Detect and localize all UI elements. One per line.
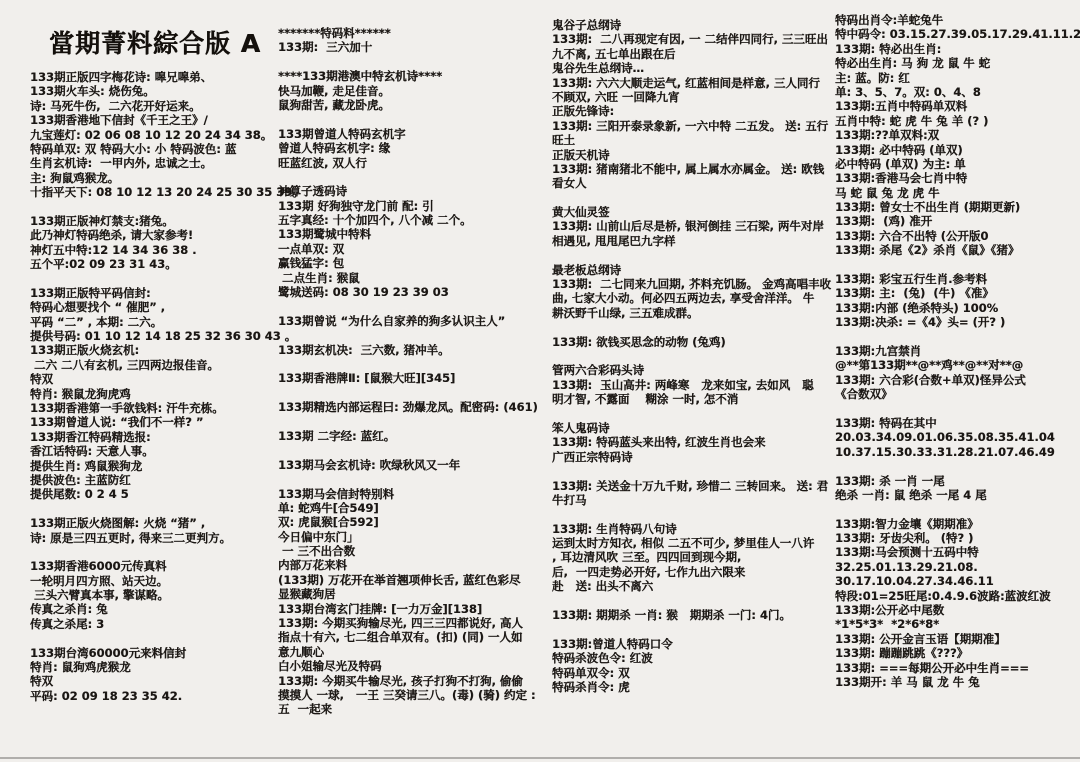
text-line	[278, 443, 550, 457]
text-line	[278, 328, 550, 342]
text-line: 内部万花来料	[278, 558, 550, 572]
text-line: 133期: 杀 一肖 一尾	[835, 474, 1079, 488]
text-line: 特码杀肖令: 虎	[552, 680, 838, 694]
text-line: ****133期港澳中特玄机诗****	[278, 69, 550, 83]
text-line: 133期马会信封特别料	[278, 487, 550, 501]
text-line: 133期: (鸡) 准开	[835, 214, 1079, 228]
text-line: 133期正版火烧图解: 火烧 “猪” ,	[30, 516, 280, 530]
text-line: 五字真经: 十个加四个, 八个减 二个。	[278, 213, 550, 227]
text-line: 133期开: 羊 马 鼠 龙 牛 兔	[835, 675, 1079, 689]
text-line: 看女人	[552, 176, 838, 190]
text-line: 主: 蓝。防: 红	[835, 71, 1079, 85]
text-line: 133期香江特码精选报:	[30, 430, 280, 444]
text-line: 鬼谷先生总纲诗…	[552, 61, 838, 75]
text-line	[30, 545, 280, 559]
text-line: 133期:九宫禁肖	[835, 344, 1079, 358]
text-line: 133期: 生肖特码八句诗	[552, 522, 838, 536]
text-line: 五个平:02 09 23 31 43。	[30, 257, 280, 271]
text-line: 133期: 二七同来九回期, 芥料充饥肠。 金鸡高唱丰收	[552, 277, 838, 291]
text-line: 黄大仙灵签	[552, 205, 838, 219]
text-line: 今日偏中东门」	[278, 530, 550, 544]
text-line: 快马加鞭, 走足佳音。	[278, 84, 550, 98]
text-line: 提供生肖: 鸡鼠猴狗龙	[30, 459, 280, 473]
text-line: 十指平天下: 08 10 12 13 20 24 25 30 35 39。	[30, 185, 280, 199]
text-line: 133期: 今期买狗输尽光, 四三三四都说好, 高人	[278, 616, 550, 630]
text-line: 133期马会玄机诗: 吹绿秋风又一年	[278, 458, 550, 472]
text-line	[30, 200, 280, 214]
text-line: 神灯五中特:12 14 34 36 38 .	[30, 243, 280, 257]
text-line: 提供波色: 主蓝防红	[30, 473, 280, 487]
text-line: 133期:五肖中特码单双料	[835, 99, 1079, 113]
text-line: 133期正版特平码信封:	[30, 286, 280, 300]
text-line: 特码心想要找个 “ 催肥” ,	[30, 300, 280, 314]
text-line	[278, 472, 550, 486]
text-line: 133期:决杀: =《4》头= (开? )	[835, 315, 1079, 329]
text-line: 牛打马	[552, 493, 838, 507]
text-line: 旺蓝红波, 双人行	[278, 156, 550, 170]
text-line: 运到太时方知衣, 相似 二五不可少, 梦里佳人一八许	[552, 536, 838, 550]
text-line: 笨人鬼码诗	[552, 421, 838, 435]
text-line: 133期: 今期买牛输尽光, 孩子打狗不打狗, 偷偷	[278, 674, 550, 688]
text-line: 133期台湾60000元来料信封	[30, 646, 280, 660]
text-line	[278, 415, 550, 429]
text-line: 133期香港地下信封《千王之王》/	[30, 113, 280, 127]
text-line	[552, 407, 838, 421]
text-line: 133期曾道人说: “我们不一样? ”	[30, 415, 280, 429]
text-line	[552, 248, 838, 262]
text-line: 双: 虎鼠猴[合592]	[278, 515, 550, 529]
text-line: (133期) 万花开在举首翘项伸长舌, 蓝红色彩尽	[278, 573, 550, 587]
text-line: 神算子透码诗	[278, 184, 550, 198]
text-line: 一 三不出合数	[278, 544, 550, 558]
column-3: 鬼谷子总纲诗133期: 二八再现定有因, 一 二结伴四同行, 三三旺出九不离, …	[552, 18, 838, 694]
text-line: 鹭城送码: 08 30 19 23 39 03	[278, 285, 550, 299]
text-line	[835, 258, 1079, 272]
text-line: 特中码令: 03.15.27.39.05.17.29.41.11.23.35.4…	[835, 27, 1079, 41]
text-line	[552, 594, 838, 608]
text-line: 133期: 期期杀 一肖: 猴 期期杀 一门: 4门。	[552, 608, 838, 622]
text-line: 一点单双: 双	[278, 242, 550, 256]
text-line: 绝杀 一肖: 鼠 绝杀 一尾 4 尾	[835, 488, 1079, 502]
text-line: 特码出肖令:羊蛇兔牛	[835, 13, 1079, 27]
text-line: 特码杀波色令: 红波	[552, 651, 838, 665]
text-line: 显猴藏狗居	[278, 587, 550, 601]
text-line	[278, 357, 550, 371]
text-line: 133期: 六六大顺走运气, 红蓝相间是样意, 三人同行	[552, 76, 838, 90]
text-line: 九不离, 五七单出跟在后	[552, 47, 838, 61]
text-line: 诗: 马死牛伤, 二六花开好运来。	[30, 99, 280, 113]
text-line: 生肖玄机诗: 一甲内外, 忠诚之士。	[30, 156, 280, 170]
text-line: 133期:公开必中尾数	[835, 603, 1079, 617]
text-line: 133期: 六合彩(合数+单双)怪异公式	[835, 373, 1079, 387]
text-line: 诗: 原是三四五更时, 得来三二更判方。	[30, 531, 280, 545]
text-line: 133期正版火烧玄机:	[30, 343, 280, 357]
text-line: 133期:马会预测十五码中特	[835, 545, 1079, 559]
text-line: 133期精选内部运程曰: 劲爆龙凤。配密码: (461)	[278, 400, 550, 414]
text-line	[30, 631, 280, 645]
text-line: 正版天机诗	[552, 148, 838, 162]
text-line: 特肖: 鼠狗鸡虎猴龙	[30, 660, 280, 674]
text-line: 广西正宗特码诗	[552, 450, 838, 464]
text-line: 管两六合彩码头诗	[552, 363, 838, 377]
text-line: 平码 “二” , 本期: 二六。	[30, 315, 280, 329]
text-line: 三头六臂真本事, 擎谋略。	[30, 588, 280, 602]
text-line	[835, 330, 1079, 344]
text-line: 133期:香港马会七肖中特	[835, 171, 1079, 185]
text-line: 32.25.01.13.29.21.08.	[835, 560, 1079, 574]
text-line: 133期: 主: (兔) (牛) 《准》	[835, 286, 1079, 300]
text-line: 马 蛇 鼠 兔 龙 虎 牛	[835, 186, 1079, 200]
text-line	[278, 112, 550, 126]
text-line	[835, 402, 1079, 416]
text-line: 133期: 曾女士不出生肖 (期期更新)	[835, 200, 1079, 214]
text-line: 133期: 三阳开泰录象新, 一六中特 二五发。 送: 五行	[552, 119, 838, 133]
text-line: *******特码料******	[278, 26, 550, 40]
text-line: 特码单双: 双 特码大小: 小 特码波色: 蓝	[30, 142, 280, 156]
text-line: @**第133期**@**鸡**@**对**@	[835, 358, 1079, 372]
text-line: 《合数双》	[835, 387, 1079, 401]
column-2: *******特码料******133期: 三六加十****133期港澳中特玄机…	[278, 26, 550, 717]
text-line	[552, 464, 838, 478]
text-line: 133期香港第一手欲钱料: 汗牛充栋。	[30, 401, 280, 415]
page-title: 當期菁料綜合版 A	[30, 24, 280, 60]
text-line: 133期: 杀尾《2》杀肖《鼠》《猪》	[835, 243, 1079, 257]
text-line: 133期: 山前山后尽是桥, 银河倒挂 三石梁, 两牛对岸	[552, 219, 838, 233]
text-line: 133期香港6000元传真料	[30, 559, 280, 573]
column-4: 特码出肖令:羊蛇兔牛特中码令: 03.15.27.39.05.17.29.41.…	[835, 13, 1079, 689]
text-line: 133期: 特码蓝头来出特, 红波生肖也会来	[552, 435, 838, 449]
text-line: 133期玄机决: 三六数, 猪冲羊。	[278, 343, 550, 357]
text-line: 133期: 六合不出特 (公开版0	[835, 229, 1079, 243]
text-line: 133期: 蹦蹦跳跳《???》	[835, 646, 1079, 660]
text-line: 赴 送: 出头不离六	[552, 579, 838, 593]
text-line: 九宝莲灯: 02 06 08 10 12 20 24 34 38。	[30, 128, 280, 142]
text-line: 特码单双令: 双	[552, 666, 838, 680]
text-line: 133期: 关送金十万九千财, 珍惜二 三转回来。 送: 君	[552, 479, 838, 493]
text-line: 133期:内部 (绝杀特头) 100%	[835, 301, 1079, 315]
text-line: 最老板总纲诗	[552, 263, 838, 277]
text-line: 133期:曾道人特码口令	[552, 637, 838, 651]
text-line: 133期曾说 “为什么自家养的狗多认识主人”	[278, 314, 550, 328]
text-line: 摸摸人 一球, 一王 三癸请三八。(毒) (骑) 约定 :	[278, 688, 550, 702]
text-line	[30, 271, 280, 285]
text-line: 五 一起来	[278, 702, 550, 716]
text-line: 五肖中特: 蛇 虎 牛 兔 羊 (? )	[835, 114, 1079, 128]
scanned-tipsheet-page: 當期菁料綜合版 A 133期正版四字梅花诗: 嗥兄嗥弟、133期火车头: 烧伤兔…	[0, 0, 1080, 762]
text-line: 平码: 02 09 18 23 35 42.	[30, 689, 280, 703]
column-1: 133期正版四字梅花诗: 嗥兄嗥弟、133期火车头: 烧伤兔。诗: 马死牛伤, …	[30, 70, 280, 703]
text-line: 133期: 特必出生肖:	[835, 42, 1079, 56]
text-line: 单: 3、5、7。双: 0、4、8	[835, 85, 1079, 99]
text-line: 133期: 猪南猪北不能中, 属上属水亦属金。 送: 欧钱	[552, 162, 838, 176]
scan-edge-line	[0, 757, 1080, 759]
text-line: 正版先锋诗:	[552, 104, 838, 118]
text-line: 后, 一四走势必开好, 七作九出六限来	[552, 565, 838, 579]
text-line: 133期:??单双料:双	[835, 128, 1079, 142]
text-line: 10.37.15.30.33.31.28.21.07.46.49	[835, 445, 1079, 459]
text-line: 必中特码 (单双) 为主: 单	[835, 157, 1079, 171]
text-line: 20.03.34.09.01.06.35.08.35.41.04	[835, 430, 1079, 444]
text-line: 133期: 欲钱买思念的动物 (兔鸡)	[552, 335, 838, 349]
text-line	[835, 502, 1079, 516]
text-line: 133期台湾玄门挂牌: [一力万金][138]	[278, 602, 550, 616]
text-line: 传真之杀肖: 兔	[30, 602, 280, 616]
text-line: 133期: 玉山高井: 两峰寒 龙来如宝, 去如风 聪	[552, 378, 838, 392]
text-line: 133期: 彩宝五行生肖.参考料	[835, 272, 1079, 286]
text-line: 特必出生肖: 马 狗 龙 鼠 牛 蛇	[835, 56, 1079, 70]
text-line: 特段:01=25旺尾:0.4.9.6波路:蓝波红波	[835, 589, 1079, 603]
text-line: 133期 好狗独守龙门前 配: 引	[278, 199, 550, 213]
text-line: 特双	[30, 372, 280, 386]
text-line: 曲, 七家大小动。何必四五两边去, 享受舍洋洋。 牛	[552, 291, 838, 305]
text-line: 此乃神灯特码绝杀, 请大家参考!	[30, 228, 280, 242]
text-line: 30.17.10.04.27.34.46.11	[835, 574, 1079, 588]
text-line	[278, 55, 550, 69]
text-line: 特双	[30, 674, 280, 688]
text-line: 一轮明月四方照、站天边。	[30, 574, 280, 588]
text-line: 133期: ===每期公开必中生肖===	[835, 661, 1079, 675]
text-line: 二六 二八有玄机, 三四两边报佳音。	[30, 358, 280, 372]
text-line: 133期: 牙齿尖利。 (特? )	[835, 531, 1079, 545]
text-line: 鬼谷子总纲诗	[552, 18, 838, 32]
text-line: 香江话特码: 天意人事。	[30, 444, 280, 458]
text-line: 133期: 公开金言玉语【期期准】	[835, 632, 1079, 646]
text-line	[552, 191, 838, 205]
text-line: *1*5*3* *2*6*8*	[835, 617, 1079, 631]
text-line	[30, 502, 280, 516]
text-line: , 耳边清风吹 三至。四四回到现今期,	[552, 550, 838, 564]
text-line: 特肖: 猴鼠龙狗虎鸡	[30, 387, 280, 401]
text-line: 指点十有六, 七二组合单双有。(扣) (同) 一人如	[278, 630, 550, 644]
text-line: 133期: 必中特码 (单双)	[835, 143, 1079, 157]
text-line: 传真之杀尾: 3	[30, 617, 280, 631]
text-line: 意九顺心	[278, 645, 550, 659]
text-line: 二点生肖: 猴鼠	[278, 271, 550, 285]
text-line: 相遇见, 甩甩尾巴九字样	[552, 234, 838, 248]
text-line: 单: 蛇鸡牛[合549]	[278, 501, 550, 515]
text-line: 白小姐输尽光及特码	[278, 659, 550, 673]
text-line: 不顾双, 六旺 一回降九宵	[552, 90, 838, 104]
text-line: 133期: 特码在其中	[835, 416, 1079, 430]
text-line: 旺土	[552, 133, 838, 147]
text-line: 耕沃野千山绿, 三五难成群。	[552, 306, 838, 320]
text-line	[552, 320, 838, 334]
text-line: 主: 狗鼠鸡猴龙。	[30, 171, 280, 185]
text-line	[552, 622, 838, 636]
text-line: 133期: 三六加十	[278, 40, 550, 54]
text-line: 133期香港牌Ⅱ: [鼠猴大旺][345]	[278, 371, 550, 385]
text-line: 133期正版四字梅花诗: 嗥兄嗥弟、	[30, 70, 280, 84]
text-line: 赢钱猛字: 包	[278, 256, 550, 270]
text-line: 133期 二字经: 蓝红。	[278, 429, 550, 443]
text-line: 133期火车头: 烧伤兔。	[30, 84, 280, 98]
text-line	[552, 349, 838, 363]
text-line: 鼠狗甜苦, 藏龙卧虎。	[278, 98, 550, 112]
text-line	[278, 170, 550, 184]
text-line: 133期曾道人特码玄机字	[278, 127, 550, 141]
text-line	[835, 459, 1079, 473]
text-line	[278, 386, 550, 400]
text-line	[552, 507, 838, 521]
text-line: 明才智, 不露面 糊涂 一时, 怎不消	[552, 392, 838, 406]
text-line: 提供号码: 01 10 12 14 18 25 32 36 30 43 。	[30, 329, 280, 343]
text-line: 133期:智力金壤《期期准》	[835, 517, 1079, 531]
text-line: 133期正版神灯禁支:猪兔。	[30, 214, 280, 228]
text-line	[278, 299, 550, 313]
text-line: 曾道人特码玄机字: 缘	[278, 141, 550, 155]
text-line: 提供尾数: 0 2 4 5	[30, 487, 280, 501]
text-line: 133期: 二八再现定有因, 一 二结伴四同行, 三三旺出	[552, 32, 838, 46]
text-line: 133期鹭城中特料	[278, 227, 550, 241]
